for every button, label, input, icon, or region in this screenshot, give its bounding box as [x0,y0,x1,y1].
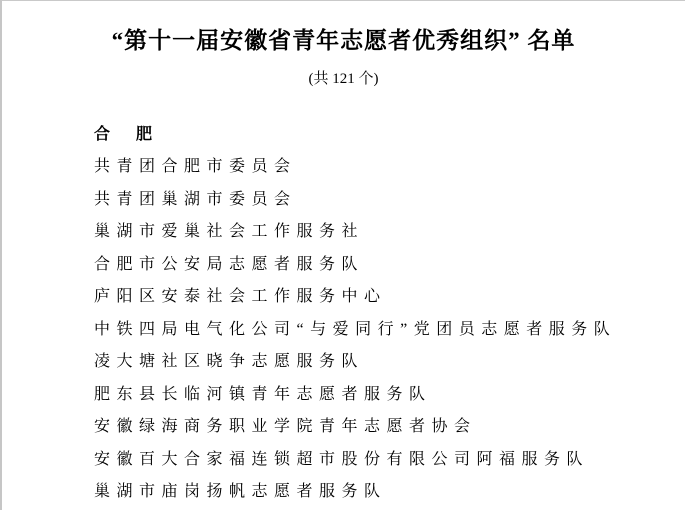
page-title: “第十一届安徽省青年志愿者优秀组织” 名单 [2,1,685,56]
list-item: 巢湖市爱巢社会工作服务社 [94,216,645,249]
list-item: 合肥市公安局志愿者服务队 [94,249,645,282]
list-item: 安徽绿海商务职业学院青年志愿者协会 [94,411,645,444]
list-item: 中铁四局电气化公司“与爱同行”党团员志愿者服务队 [94,314,645,347]
section-heading: 合 肥 [94,118,645,151]
page-subtitle: (共 121 个) [2,56,685,89]
list-section-hefei: 合 肥 共青团合肥市委员会 共青团巢湖市委员会 巢湖市爱巢社会工作服务社 合肥市… [2,118,685,509]
list-item: 共青团巢湖市委员会 [94,184,645,217]
list-item: 庐阳区安泰社会工作服务中心 [94,281,645,314]
list-item: 肥东县长临河镇青年志愿者服务队 [94,379,645,412]
list-item: 共青团合肥市委员会 [94,151,645,184]
document-page: “第十一届安徽省青年志愿者优秀组织” 名单 (共 121 个) 合 肥 共青团合… [0,0,685,510]
list-item: 安徽百大合家福连锁超市股份有限公司阿福服务队 [94,444,645,477]
list-item: 凌大塘社区晓争志愿服务队 [94,346,645,379]
list-item: 巢湖市庙岗扬帆志愿者服务队 [94,476,645,509]
